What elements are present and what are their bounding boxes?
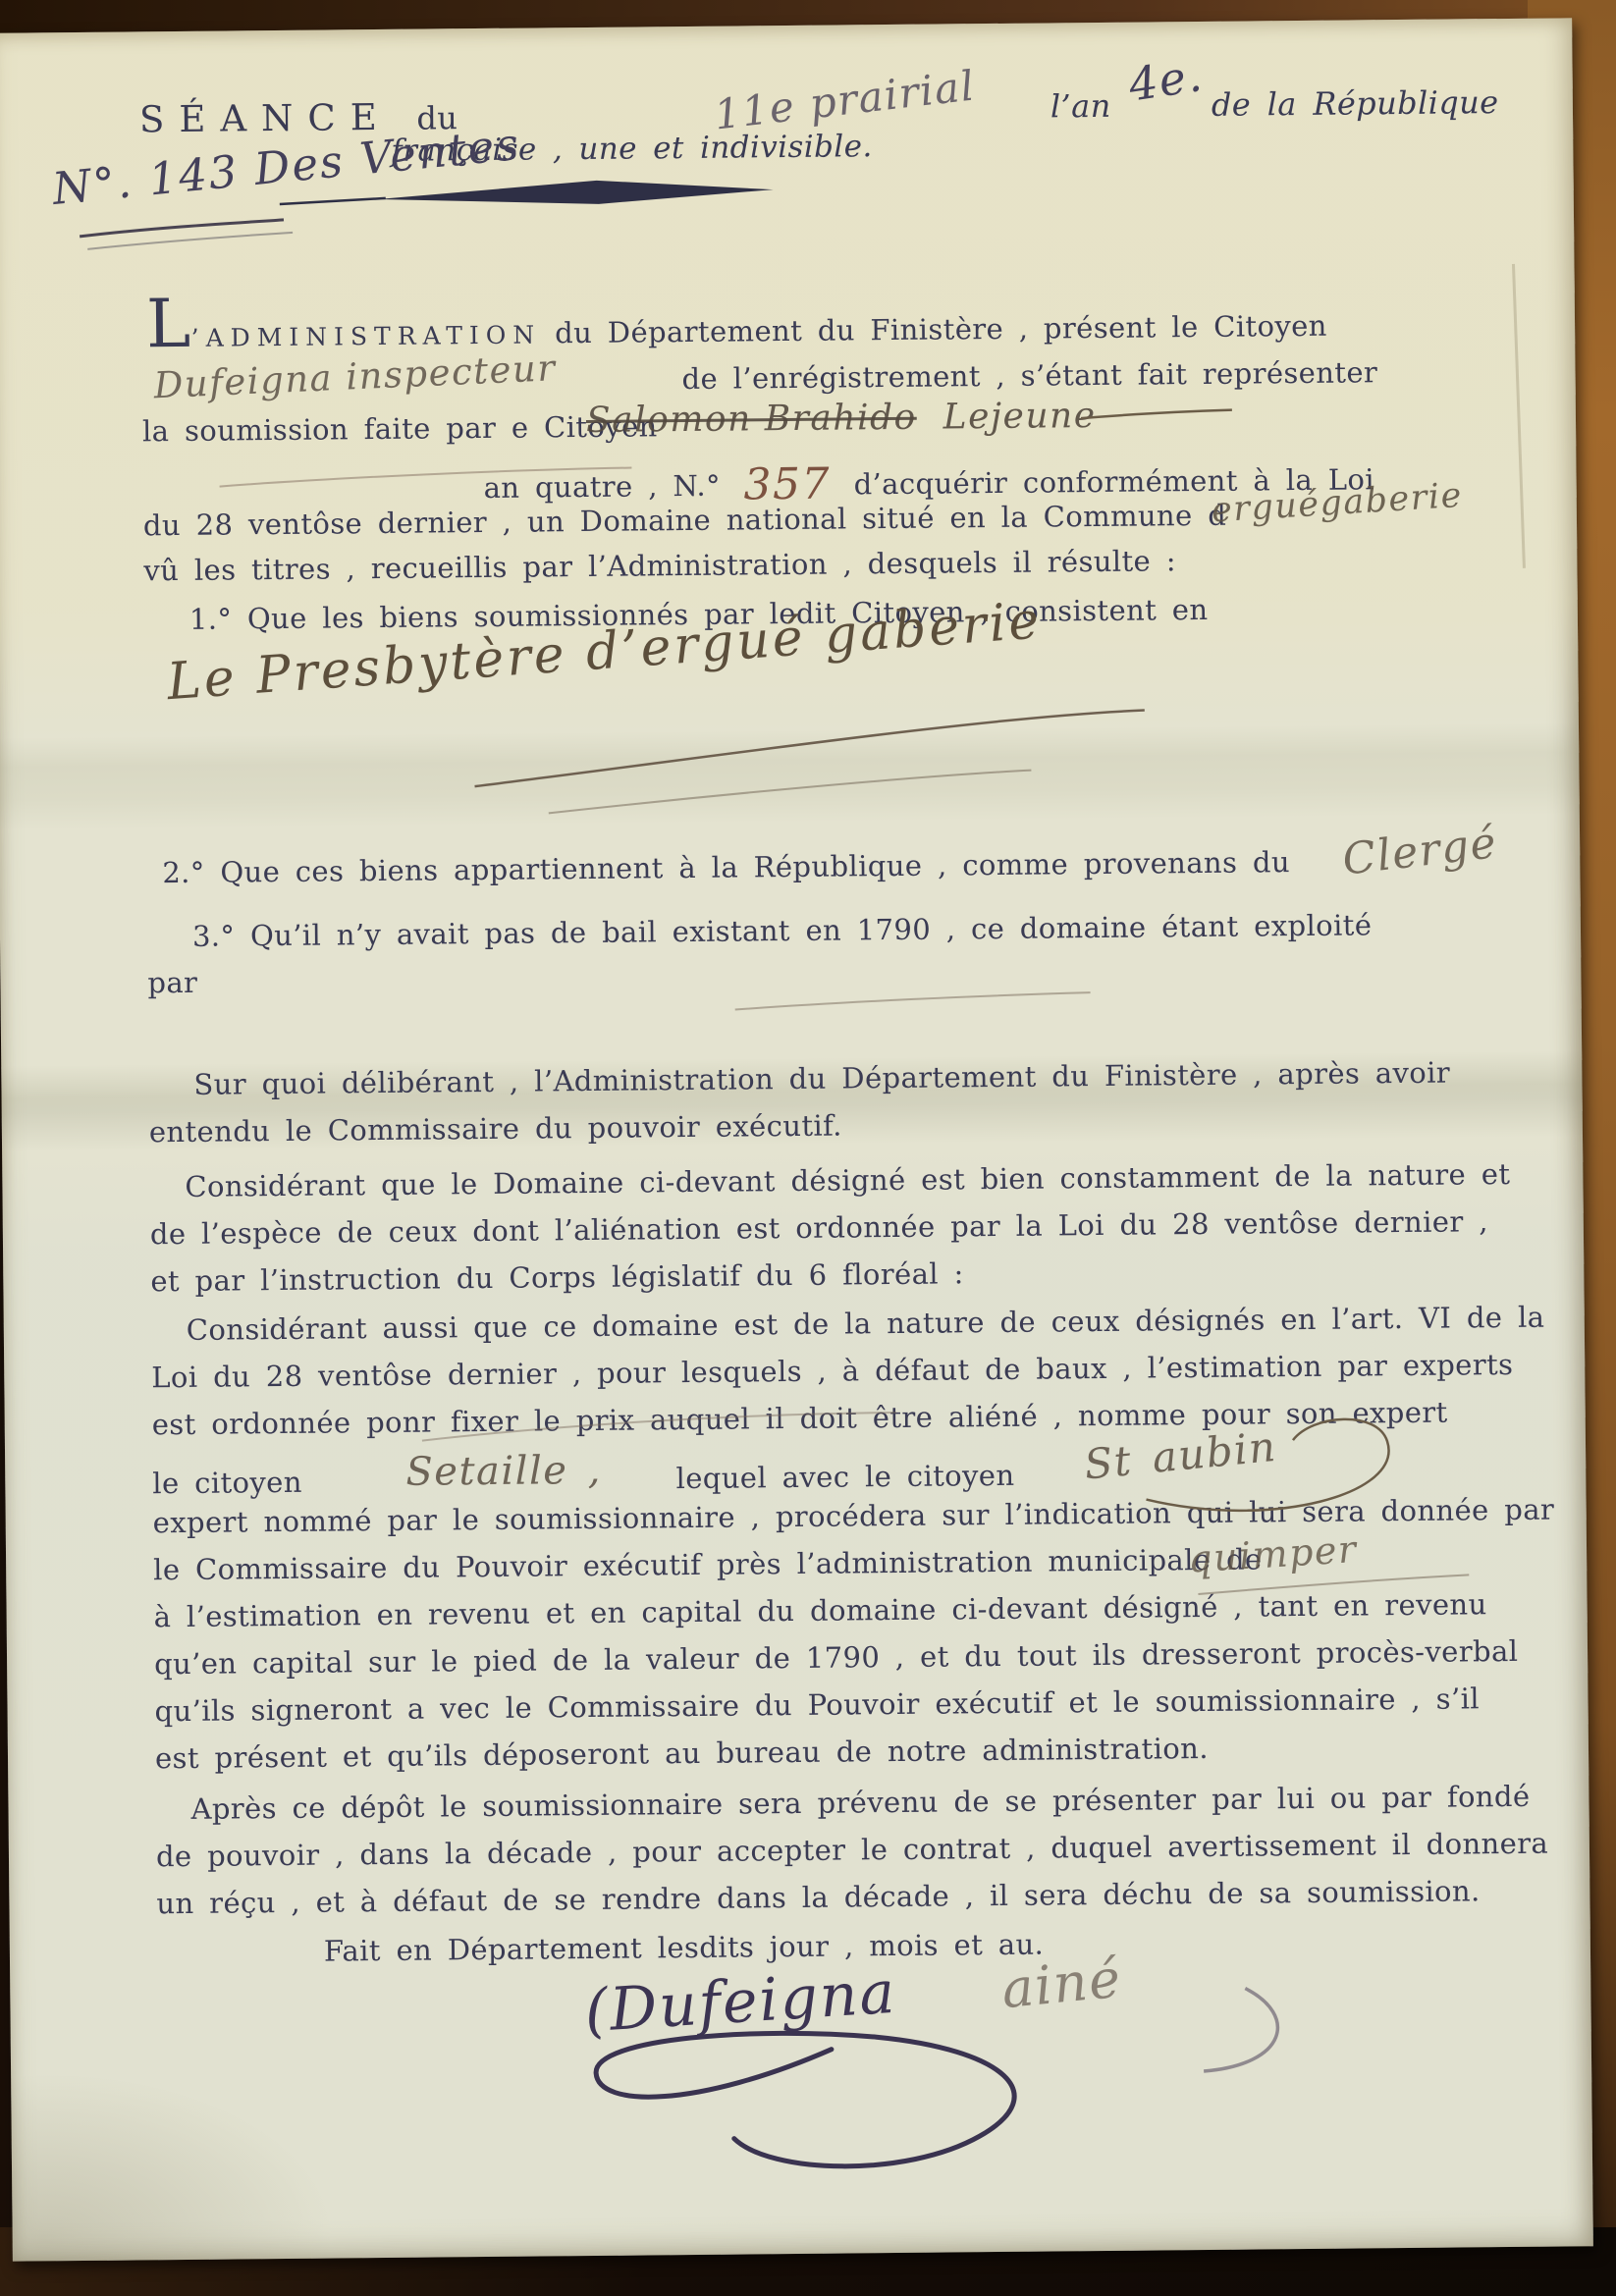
expert-line6: est présent et qu’ils déposeront au bure… <box>155 1732 1209 1775</box>
handwritten-inspector-name: Dufeigna inspecteur <box>153 347 558 406</box>
paragraph1-line6: vû les titres , recueillis par l’Adminis… <box>143 544 1176 587</box>
expert-line5: qu’ils signeront a vec le Commissaire du… <box>154 1682 1480 1728</box>
considerant1-line2: de l’espèce de ceux dont l’aliénation es… <box>150 1204 1488 1251</box>
apres-line2: de pouvoir , dans la décade , pour accep… <box>156 1827 1548 1874</box>
handwritten-clerge: Clergé <box>1340 818 1500 885</box>
paragraph1-line3: la soumission faite par e Citoyen <box>142 409 658 448</box>
item3-line2: par <box>147 966 197 999</box>
considerant1-line1: Considérant que le Domaine ci-devant dés… <box>185 1157 1510 1203</box>
signature-tail <box>1203 1988 1277 2071</box>
paragraph1-line1: L ’ADMINISTRATION du Département du Fini… <box>146 288 1327 354</box>
expert-line4: qu’en capital sur le pied de la valeur d… <box>154 1634 1519 1681</box>
flourish-presbytere-2 <box>548 771 1031 814</box>
header-rule-thick <box>378 179 774 206</box>
paragraph1-line1-rest: du Département du Finistère , présent le… <box>555 309 1327 350</box>
surquoi-line1: Sur quoi délibérant , l’Administration d… <box>193 1056 1450 1101</box>
apres-line1: Après ce dépôt le soumissionnaire sera p… <box>190 1780 1530 1826</box>
lequel-avec-label: lequel avec le citoyen <box>675 1459 1014 1495</box>
handwritten-expert2-name: St aubin <box>1082 1422 1278 1489</box>
surquoi-line2: entendu le Commissaire du pouvoir exécut… <box>149 1109 842 1149</box>
item2-line: 2.° Que ces biens appartiennent à la Rép… <box>162 845 1290 889</box>
paper-crease <box>1513 264 1524 568</box>
paragraph1-line2: de l’enrégistrement , s’étant fait repré… <box>681 355 1377 396</box>
expert-line3: à l’estimation en revenu et en capital d… <box>153 1587 1486 1633</box>
flourish-after-name <box>1081 410 1232 418</box>
item3-line1: 3.° Qu’il n’y avait pas de bail existant… <box>192 908 1373 953</box>
handwritten-soumissionnaire-name: Salomon Brahido Lejeune <box>586 396 1097 441</box>
considerant2-line4: le citoyen Setaille , lequel avec le cit… <box>152 1444 1277 1503</box>
signature-paraph <box>596 2031 1015 2168</box>
margin-note-underline <box>80 220 284 237</box>
apres-line3: un réçu , et à défaut de se rendre dans … <box>156 1874 1480 1920</box>
expert-line2: le Commissaire du Pouvoir exécutif près … <box>153 1542 1263 1586</box>
margin-note-underline-2 <box>87 233 293 249</box>
flourish-after-par <box>735 992 1091 1009</box>
dropcap-L: L <box>146 298 191 352</box>
an-quatre-no: an quatre , N.° <box>483 469 721 505</box>
document-paper: SÉANCE du 11e prairial l’an 4e. de la Ré… <box>0 18 1593 2261</box>
considerant2-line2: Loi du 28 ventôse dernier , pour lesquel… <box>151 1348 1513 1394</box>
handwritten-name-struck: Salomon Brahido <box>586 398 917 441</box>
le-citoyen-label: le citoyen <box>152 1466 302 1500</box>
scanned-document-photo: SÉANCE du 11e prairial l’an 4e. de la Ré… <box>0 0 1616 2296</box>
header-rule-thin <box>280 198 386 204</box>
considerant1-line3: et par l’instruction du Corps législatif… <box>150 1256 964 1298</box>
handwritten-name-part2: Lejeune <box>943 396 1096 437</box>
signature-dufeigna: (Dufeigna <box>583 1958 899 2047</box>
paragraph1-line5: du 28 ventôse dernier , un Domaine natio… <box>143 499 1227 543</box>
administration-caps: ’ADMINISTRATION <box>191 320 542 351</box>
handwritten-seance-date: 11e prairial <box>712 61 978 138</box>
flourish-presbytere-1 <box>474 711 1146 787</box>
handwritten-expert1-name: Setaille , <box>405 1448 602 1495</box>
header-an-label: l’an <box>1050 87 1111 126</box>
fait-line: Fait en Département lesdits jour , mois … <box>324 1928 1045 1968</box>
header-republique: de la République <box>1212 83 1499 124</box>
signature-second-word: ainé <box>999 1948 1125 2021</box>
handwritten-an-number: 4e. <box>1125 48 1207 112</box>
handwritten-municipalite: quimper <box>1187 1527 1359 1581</box>
considerant2-line1: Considérant aussi que ce domaine est de … <box>187 1301 1545 1347</box>
